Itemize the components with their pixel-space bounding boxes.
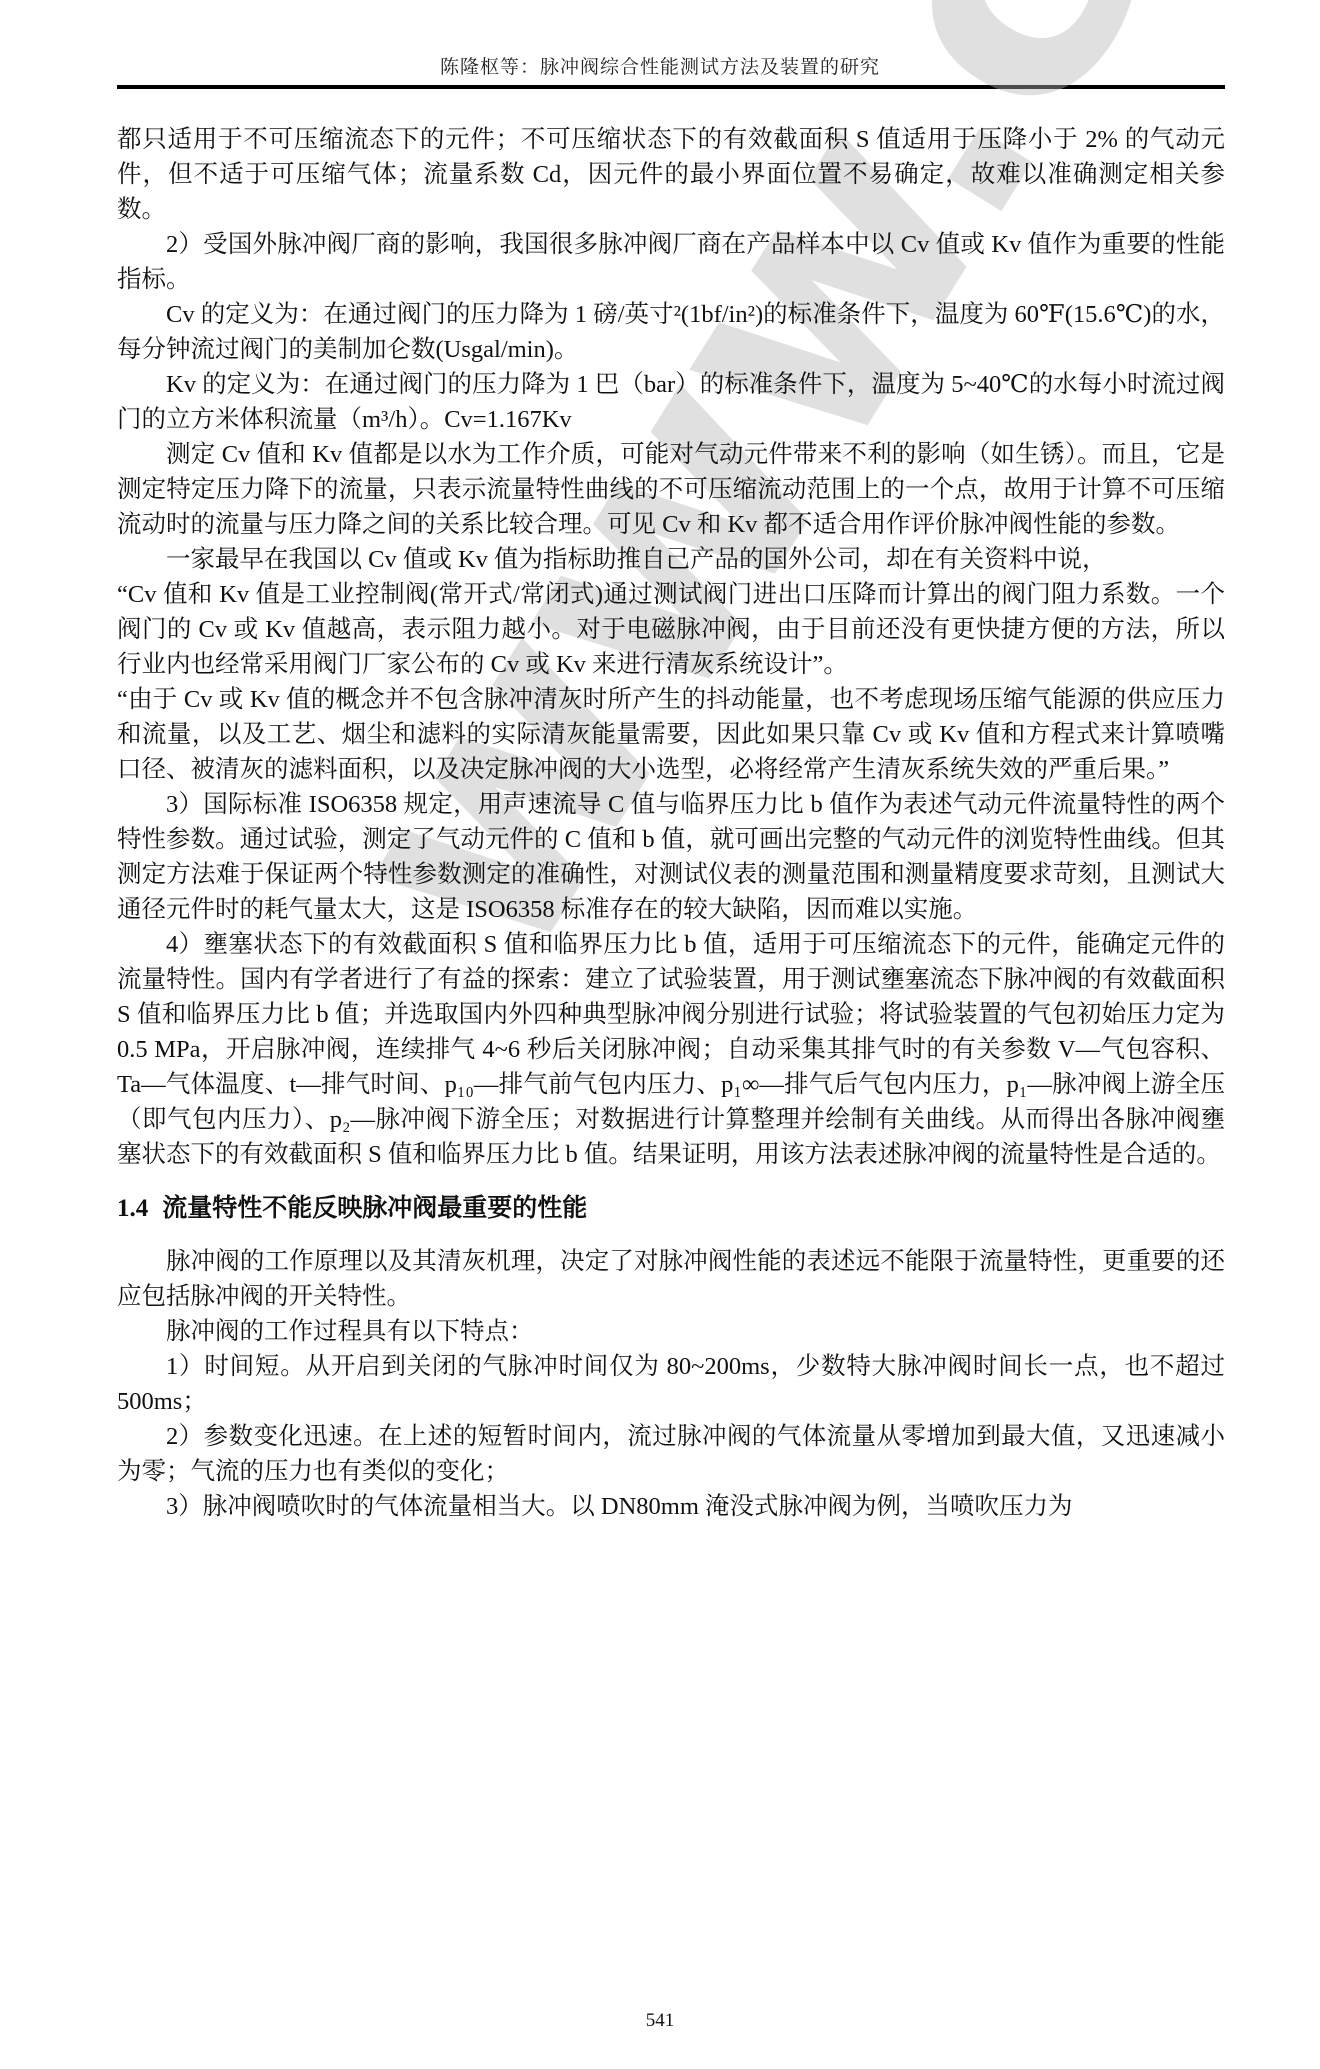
paragraph: 脉冲阀的工作过程具有以下特点： — [117, 1314, 1225, 1349]
paragraph: 3）脉冲阀喷吹时的气体流量相当大。以 DN80mm 淹没式脉冲阀为例，当喷吹压力… — [117, 1489, 1225, 1524]
section-title: 流量特性不能反映脉冲阀最重要的性能 — [162, 1193, 587, 1222]
paragraph: 都只适用于不可压缩流态下的元件；不可压缩状态下的有效截面积 S 值适用于压降小于… — [117, 122, 1225, 227]
paragraph-quote: “Cv 值和 Kv 值是工业控制阀(常开式/常闭式)通过测试阀门进出口压降而计算… — [117, 577, 1225, 682]
paragraph: 脉冲阀的工作原理以及其清灰机理，决定了对脉冲阀性能的表述远不能限于流量特性，更重… — [117, 1244, 1225, 1314]
paragraph: Kv 的定义为：在通过阀门的压力降为 1 巴（bar）的标准条件下，温度为 5~… — [117, 367, 1225, 437]
paragraph: Cv 的定义为：在通过阀门的压力降为 1 磅/英寸²(1bf/in²)的标准条件… — [117, 297, 1225, 367]
paragraph: 4）壅塞状态下的有效截面积 S 值和临界压力比 b 值，适用于可压缩流态下的元件… — [117, 927, 1225, 1172]
paragraph: 测定 Cv 值和 Kv 值都是以水为工作介质，可能对气动元件带来不利的影响（如生… — [117, 437, 1225, 542]
running-head: 陈隆枢等：脉冲阀综合性能测试方法及装置的研究 — [0, 52, 1320, 79]
paragraph: 一家最早在我国以 Cv 值或 Kv 值为指标助推自己产品的国外公司，却在有关资料… — [117, 542, 1225, 577]
paragraph-quote: “由于 Cv 或 Kv 值的概念并不包含脉冲清灰时所产生的抖动能量，也不考虑现场… — [117, 682, 1225, 787]
header-rule — [117, 85, 1225, 89]
body-text: 都只适用于不可压缩流态下的元件；不可压缩状态下的有效截面积 S 值适用于压降小于… — [117, 122, 1225, 1524]
section-number: 1.4 — [117, 1195, 148, 1222]
section-heading: 1.4流量特性不能反映脉冲阀最重要的性能 — [117, 1190, 1225, 1226]
paragraph: 1）时间短。从开启到关闭的气脉冲时间仅为 80~200ms，少数特大脉冲阀时间长… — [117, 1349, 1225, 1419]
paragraph: 3）国际标准 ISO6358 规定，用声速流导 C 值与临界压力比 b 值作为表… — [117, 787, 1225, 927]
paragraph: 2）参数变化迅速。在上述的短暂时间内，流过脉冲阀的气体流量从零增加到最大值，又迅… — [117, 1419, 1225, 1489]
paragraph: 2）受国外脉冲阀厂商的影响，我国很多脉冲阀厂商在产品样本中以 Cv 值或 Kv … — [117, 227, 1225, 297]
page-number: 541 — [0, 2010, 1320, 2032]
